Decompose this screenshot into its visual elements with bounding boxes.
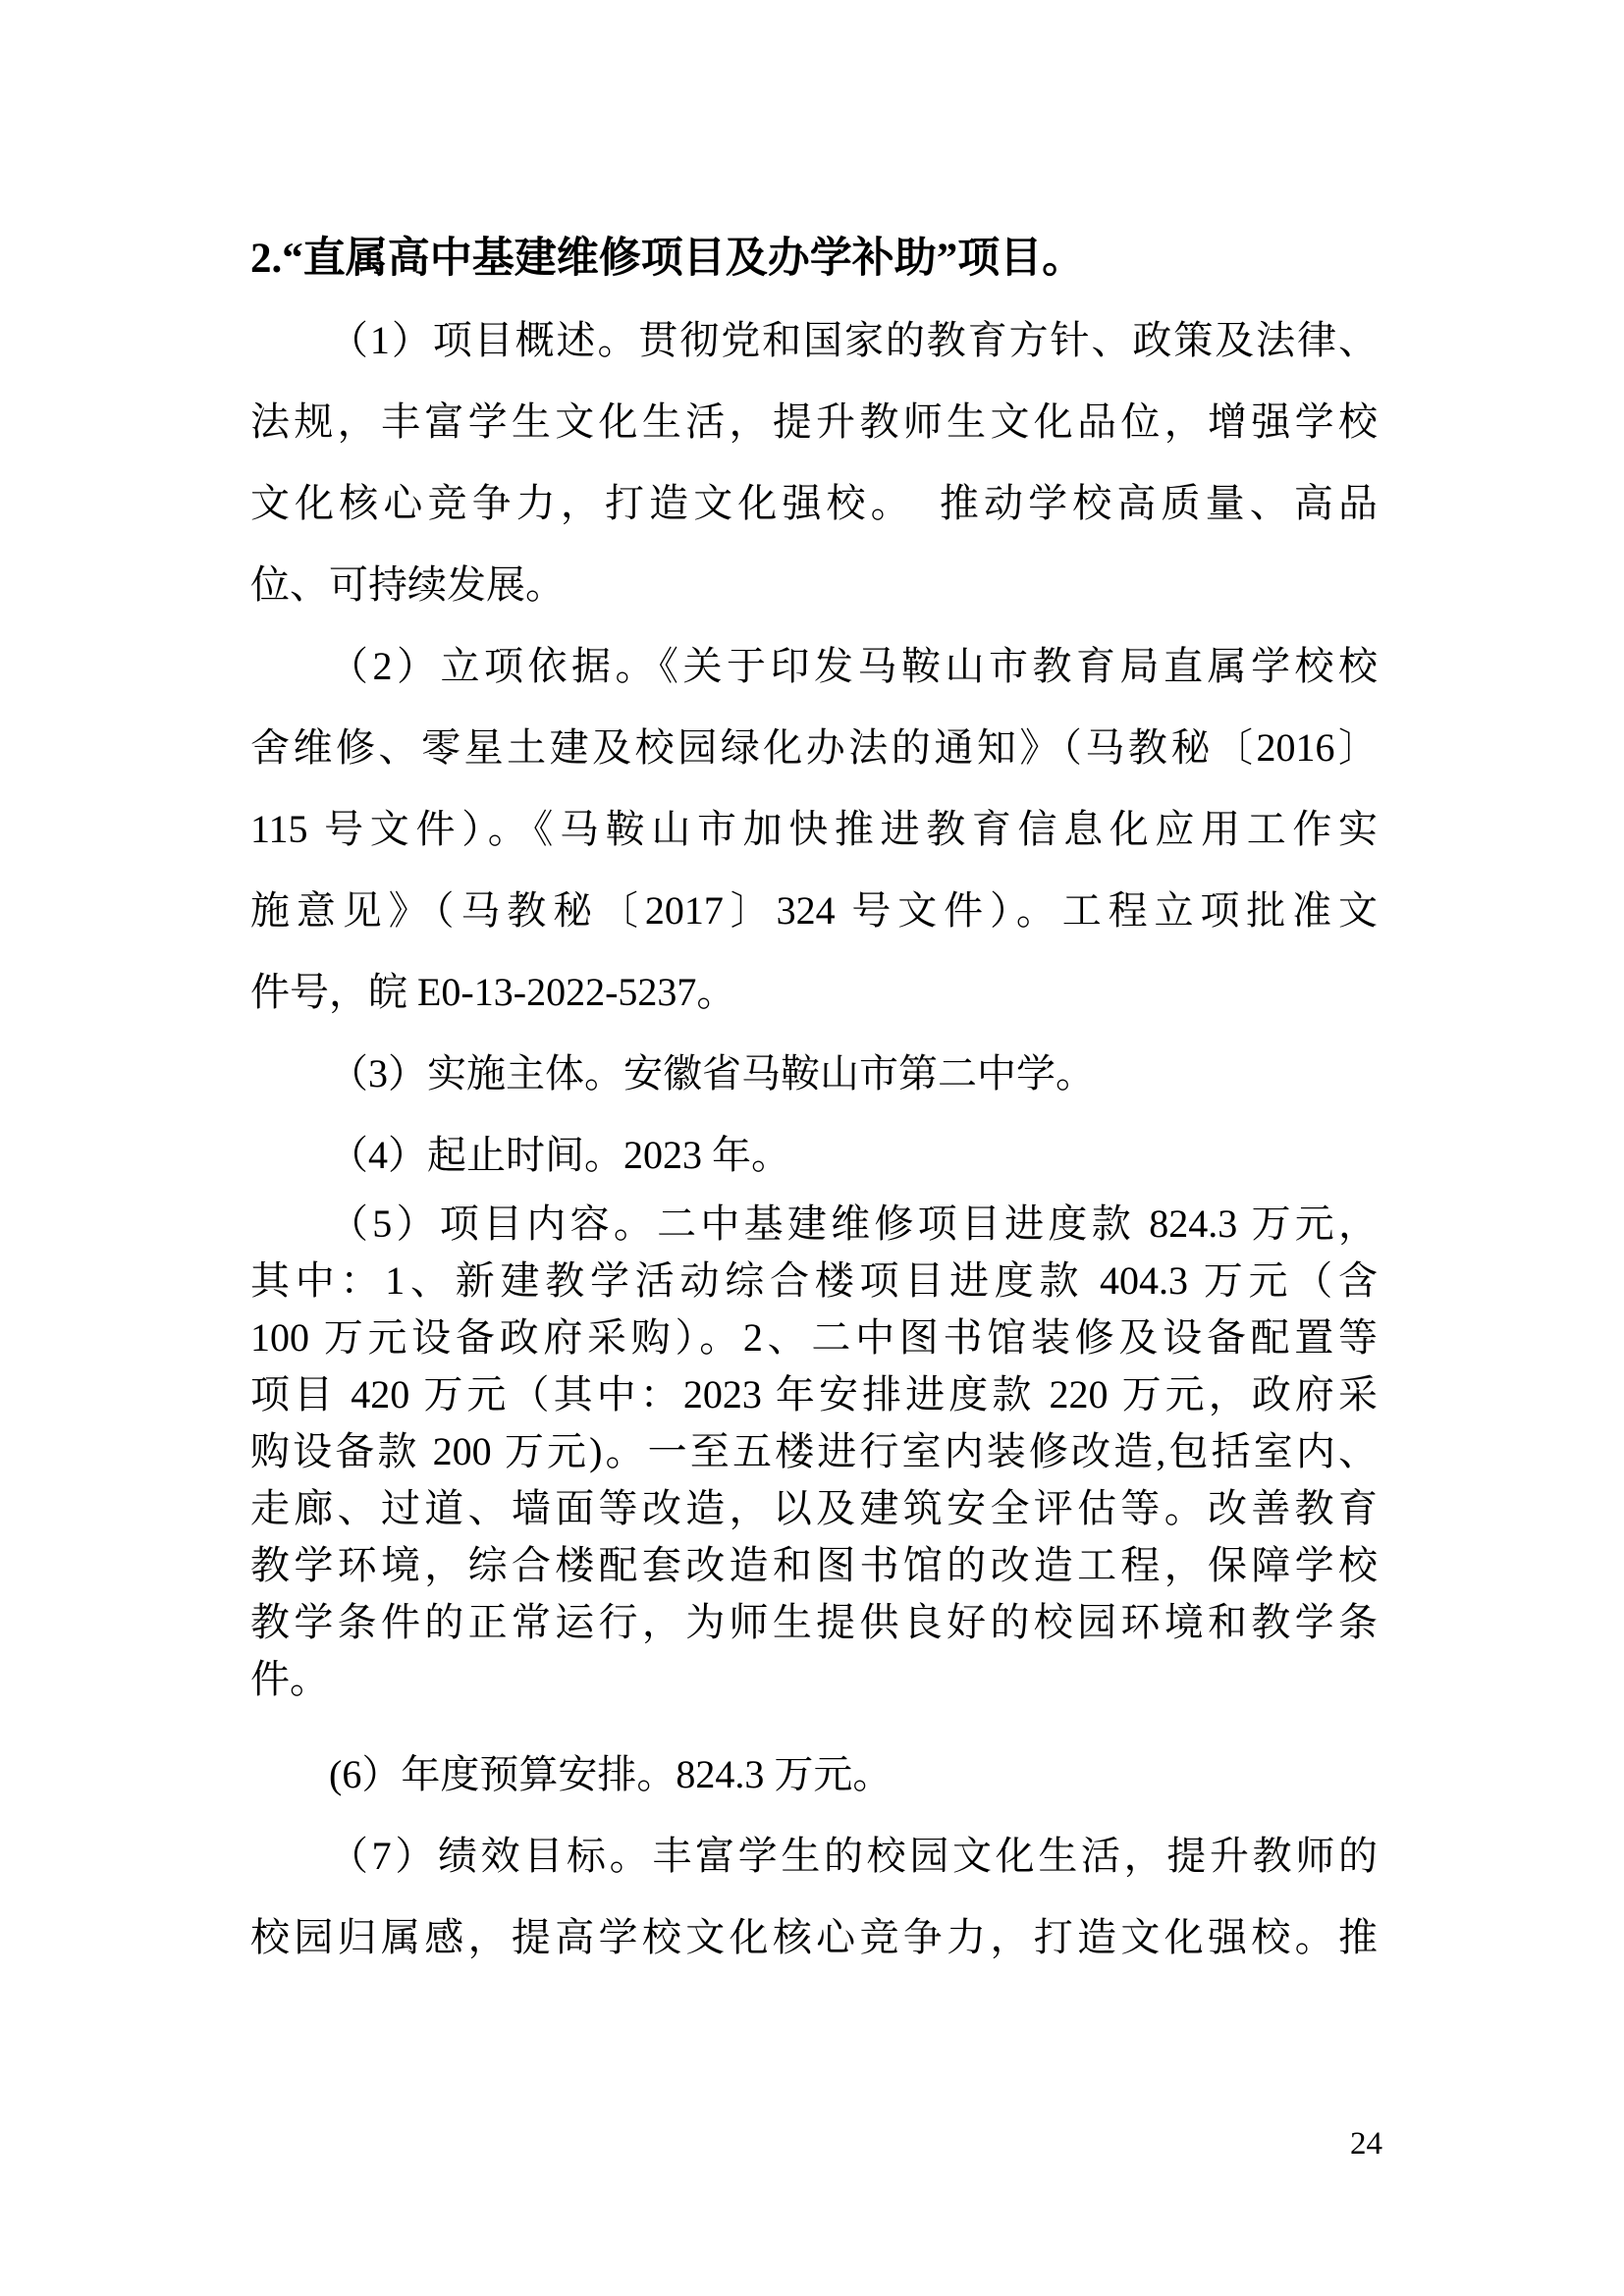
text-line: （5）项目内容。二中基建维修项目进度款 824.3 万元， [250, 1196, 1378, 1253]
text-line: 项目 420 万元（其中：2023 年安排进度款 220 万元，政府采 [250, 1366, 1378, 1423]
text-line: 文化核心竞争力，打造文化强校。 推动学校高质量、高品 [250, 462, 1378, 544]
text-line: 100 万元设备政府采购）。2、二中图书馆装修及设备配置等 [250, 1309, 1378, 1366]
document-body: 2.“直属高中基建维修项目及办学补助”项目。 （1）项目概述。贯彻党和国家的教育… [250, 218, 1378, 1978]
section-heading: 2.“直属高中基建维修项目及办学补助”项目。 [250, 218, 1378, 299]
para-4-time-period: （4）起止时间。2023 年。 [250, 1114, 1378, 1196]
text-line: 校园归属感，提高学校文化核心竞争力，打造文化强校。推 [250, 1896, 1378, 1978]
para-6-annual-budget: (6）年度预算安排。824.3 万元。 [250, 1734, 1378, 1815]
text-line: 购设备款 200 万元)。一至五楼进行室内装修改造,包括室内、 [250, 1423, 1378, 1480]
text-line: (6）年度预算安排。824.3 万元。 [250, 1734, 1378, 1815]
text-line: 其中：1、新建教学活动综合楼项目进度款 404.3 万元（含 [250, 1253, 1378, 1309]
text-line: 件。 [250, 1651, 1378, 1708]
text-line: （2）立项依据。《关于印发马鞍山市教育局直属学校校 [250, 625, 1378, 707]
text-line: 115 号文件）。《马鞍山市加快推进教育信息化应用工作实 [250, 788, 1378, 870]
para-3-implementing-body: （3）实施主体。安徽省马鞍山市第二中学。 [250, 1033, 1378, 1114]
text-line: 法规，丰富学生文化生活，提升教师生文化品位，增强学校 [250, 381, 1378, 462]
para-7-performance-goals: （7）绩效目标。丰富学生的校园文化生活，提升教师的校园归属感，提高学校文化核心竞… [250, 1815, 1378, 1978]
text-line: 舍维修、零星土建及校园绿化办法的通知》（马教秘〔2016〕 [250, 707, 1378, 788]
text-line: 走廊、过道、墙面等改造，以及建筑安全评估等。改善教育 [250, 1480, 1378, 1537]
text-line: 教学环境，综合楼配套改造和图书馆的改造工程，保障学校 [250, 1537, 1378, 1594]
text-line: 件号，皖 E0-13-2022-5237。 [250, 951, 1378, 1033]
text-line: 教学条件的正常运行，为师生提供良好的校园环境和教学条 [250, 1594, 1378, 1651]
para-2-approval-basis: （2）立项依据。《关于印发马鞍山市教育局直属学校校舍维修、零星土建及校园绿化办法… [250, 625, 1378, 1033]
para-5-project-content: （5）项目内容。二中基建维修项目进度款 824.3 万元，其中：1、新建教学活动… [250, 1196, 1378, 1708]
text-line: （7）绩效目标。丰富学生的校园文化生活，提升教师的 [250, 1815, 1378, 1896]
para-1-project-overview: （1）项目概述。贯彻党和国家的教育方针、政策及法律、法规，丰富学生文化生活，提升… [250, 299, 1378, 625]
text-line: （4）起止时间。2023 年。 [250, 1114, 1378, 1196]
text-line: （1）项目概述。贯彻党和国家的教育方针、政策及法律、 [250, 299, 1378, 381]
document-page: 2.“直属高中基建维修项目及办学补助”项目。 （1）项目概述。贯彻党和国家的教育… [0, 0, 1624, 2296]
text-line: （3）实施主体。安徽省马鞍山市第二中学。 [250, 1033, 1378, 1114]
paragraphs-container: （1）项目概述。贯彻党和国家的教育方针、政策及法律、法规，丰富学生文化生活，提升… [250, 299, 1378, 1978]
text-line: 位、可持续发展。 [250, 544, 1378, 625]
text-line: 施意见》（马教秘〔2017〕324 号文件）。工程立项批准文 [250, 870, 1378, 951]
page-number: 24 [1350, 2126, 1382, 2162]
